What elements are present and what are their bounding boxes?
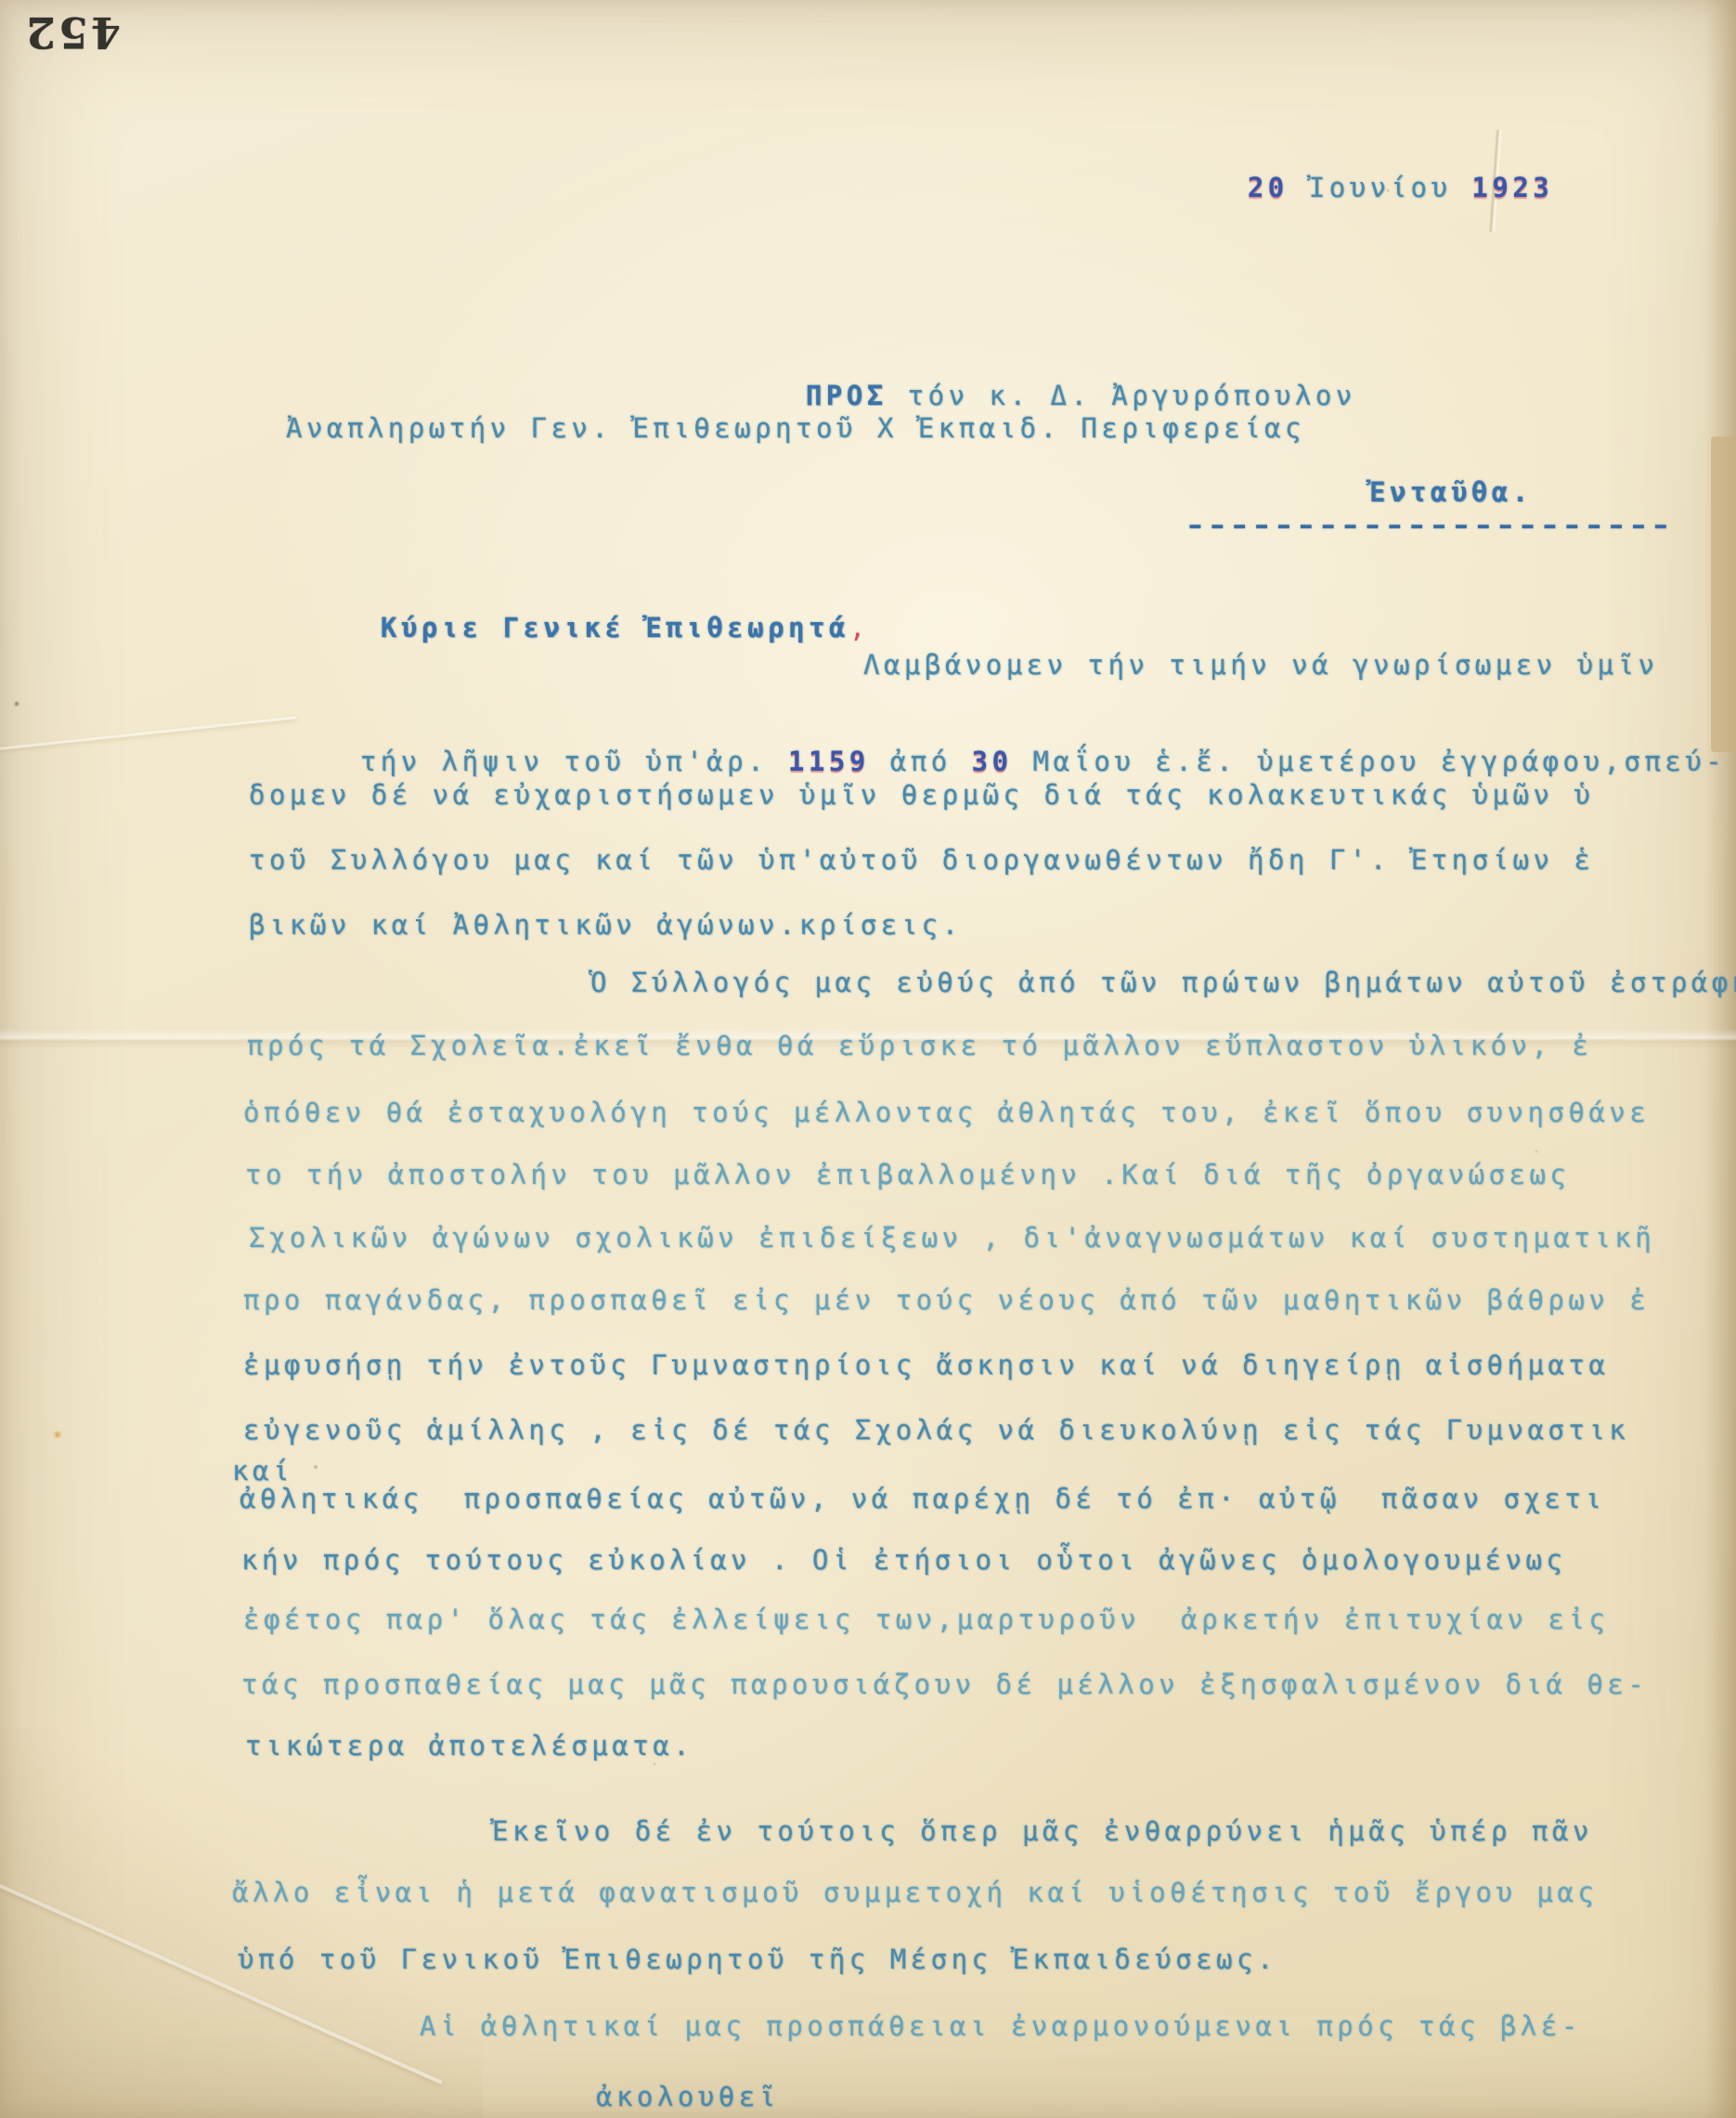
diagonal-crease bbox=[0, 716, 296, 754]
date-day: 20 bbox=[1248, 172, 1289, 203]
ref-text: Μαΐου ἑ.ἔ. ὑμετέρου ἐγγράφου,σπεύ- bbox=[1013, 746, 1727, 777]
body-line: τοῦ Συλλόγου μας καί τῶν ὑπ'αὐτοῦ διοργα… bbox=[249, 843, 1594, 877]
corner-shadow bbox=[0, 1728, 483, 2118]
recipient-place: Ἐνταῦθα. bbox=[1369, 475, 1533, 509]
day-number: 30 bbox=[972, 746, 1013, 777]
date-month: Ἰουνίου bbox=[1309, 172, 1452, 203]
body-line: ὁπόθεν θά ἐσταχυολόγη τούς μέλλοντας ἀθλ… bbox=[243, 1096, 1650, 1129]
salutation-text: Κύριε Γενικέ Ἐπιθεωρητά bbox=[381, 612, 849, 643]
body-line: ἄλλο εἶναι ἡ μετά φανατισμοῦ συμμετοχή κ… bbox=[232, 1876, 1598, 1909]
recipient-label: ΠΡΟΣ bbox=[806, 380, 887, 411]
ref-text: τήν λῆψιν τοῦ ὑπ'ἀρ. bbox=[360, 746, 788, 777]
body-line: κήν πρός τούτους εὐκολίαν . Οἱ ἐτήσιοι ο… bbox=[241, 1543, 1566, 1577]
body-line: πρός τά Σχολεῖα.ἐκεῖ ἔνθα θά εὕρισκε τό … bbox=[247, 1029, 1592, 1062]
body-line: βικῶν καί Ἀθλητικῶν ἀγώνων.κρίσεις. bbox=[249, 908, 963, 942]
body-line: Ἐκεῖνο δέ ἐν τούτοις ὅπερ μᾶς ἐνθαρρύνει… bbox=[492, 1814, 1593, 1848]
body-line: ἐφέτος παρ' ὅλας τάς ἐλλείψεις των,μαρτυ… bbox=[243, 1603, 1609, 1636]
recipient-name: τόν κ. Δ. Ἀργυρόπουλον bbox=[887, 380, 1356, 411]
date-year: 1923 bbox=[1471, 172, 1553, 203]
page-right-edge bbox=[1704, 0, 1736, 2118]
body-line: δομεν δέ νά εὐχαριστήσωμεν ὑμῖν θερμῶς δ… bbox=[249, 778, 1594, 812]
body-line: τικώτερα ἀποτελέσματα. bbox=[245, 1729, 693, 1762]
red-comma: , bbox=[849, 612, 870, 643]
body-line: τάς προσπαθείας μας μᾶς παρουσιάζουν δέ … bbox=[241, 1668, 1648, 1701]
body-line: ὑπό τοῦ Γενικοῦ Ἐπιθεωρητοῦ τῆς Μέσης Ἐκ… bbox=[238, 1943, 1277, 1976]
page-number-stamp: 452 bbox=[23, 7, 121, 58]
body-line: ἀθλητικάς προσπαθείας αὐτῶν, νά παρέχῃ δ… bbox=[240, 1482, 1605, 1515]
body-line: ἐμφυσήσῃ τήν ἐντοῦς Γυμναστηρίοις ἄσκησι… bbox=[243, 1348, 1609, 1382]
letter-page: 452 20 Ἰουνίου 1923 ΠΡΟΣ τόν κ. Δ. Ἀργυρ… bbox=[0, 0, 1736, 2118]
protocol-number: 1159 bbox=[788, 746, 870, 777]
underlying-page-edge bbox=[1711, 436, 1736, 752]
dashed-rule: ---------------------- bbox=[1185, 513, 1672, 537]
recipient-line-2: Ἀναπληρωτήν Γεν. Ἐπιθεωρητοῦ Χ Ἐκπαιδ. Π… bbox=[286, 411, 1305, 445]
body-line: προ παγάνδας, προσπαθεῖ εἰς μέν τούς νέο… bbox=[243, 1283, 1650, 1317]
body-line: Αἱ ἀθλητικαί μας προσπάθειαι ἐναρμονούμε… bbox=[420, 2009, 1582, 2043]
body-line: Ὁ Σύλλογός μας εὐθύς ἀπό τῶν πρώτων βημά… bbox=[590, 966, 1736, 999]
body-line: Σχολικῶν ἀγώνων σχολικῶν ἐπιδείξεων , δι… bbox=[249, 1221, 1655, 1254]
catchword: ἀκολουθεῖ bbox=[596, 2080, 780, 2113]
body-line: Λαμβάνομεν τήν τιμήν νά γνωρίσωμεν ὑμῖν bbox=[863, 648, 1658, 682]
ref-text: ἀπό bbox=[870, 746, 972, 777]
body-line: το τήν ἀποστολήν του μᾶλλον ἐπιβαλλομένη… bbox=[245, 1158, 1570, 1191]
body-line: εὐγενοῦς ἁμίλλης , εἰς δέ τάς Σχολάς νά … bbox=[243, 1413, 1629, 1447]
date-line: 20 Ἰουνίου 1923 bbox=[1166, 137, 1553, 238]
salutation: Κύριε Γενικέ Ἐπιθεωρητά, bbox=[299, 578, 870, 678]
